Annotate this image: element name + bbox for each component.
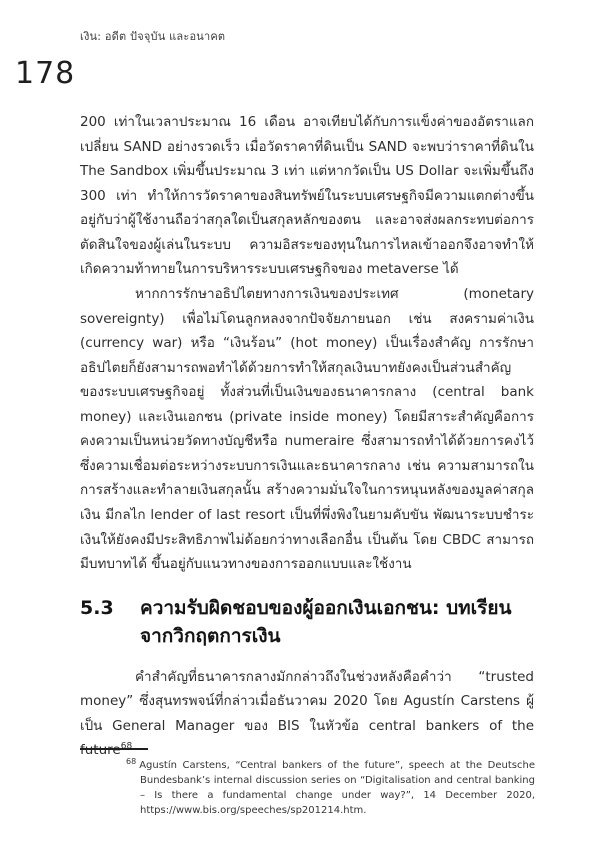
section-title: ความรับผิดชอบของผู้ออกเงินเอกชน: บทเรียน… (140, 594, 534, 651)
footnote-area: 68Agustín Carstens, “Central bankers of … (80, 748, 535, 818)
section-number: 5.3 (80, 594, 140, 623)
footnote-text: Agustín Carstens, “Central bankers of th… (139, 760, 535, 816)
body-paragraph-3-text: คำสำคัญที่ธนาคารกลางมักกล่าวถึงในช่วงหลั… (80, 669, 534, 759)
section-heading: 5.3 ความรับผิดชอบของผู้ออกเงินเอกชน: บทเ… (80, 594, 534, 651)
body-paragraph-2: หากการรักษาอธิปไตยทางการเงินของประเทศ (m… (80, 282, 534, 577)
footnote-number: 68 (126, 757, 136, 766)
running-header: เงิน: อดีต ปัจจุบัน และอนาคต (80, 27, 225, 45)
body-paragraph-1: 200 เท่าในเวลาประมาณ 16 เดือน อาจเทียบได… (80, 110, 534, 282)
page-body: 200 เท่าในเวลาประมาณ 16 เดือน อาจเทียบได… (80, 110, 534, 763)
footnote: 68Agustín Carstens, “Central bankers of … (80, 758, 535, 818)
book-page: เงิน: อดีต ปัจจุบัน และอนาคต 178 200 เท่… (0, 0, 600, 851)
page-number: 178 (15, 56, 75, 91)
footnote-separator-line (80, 748, 148, 750)
